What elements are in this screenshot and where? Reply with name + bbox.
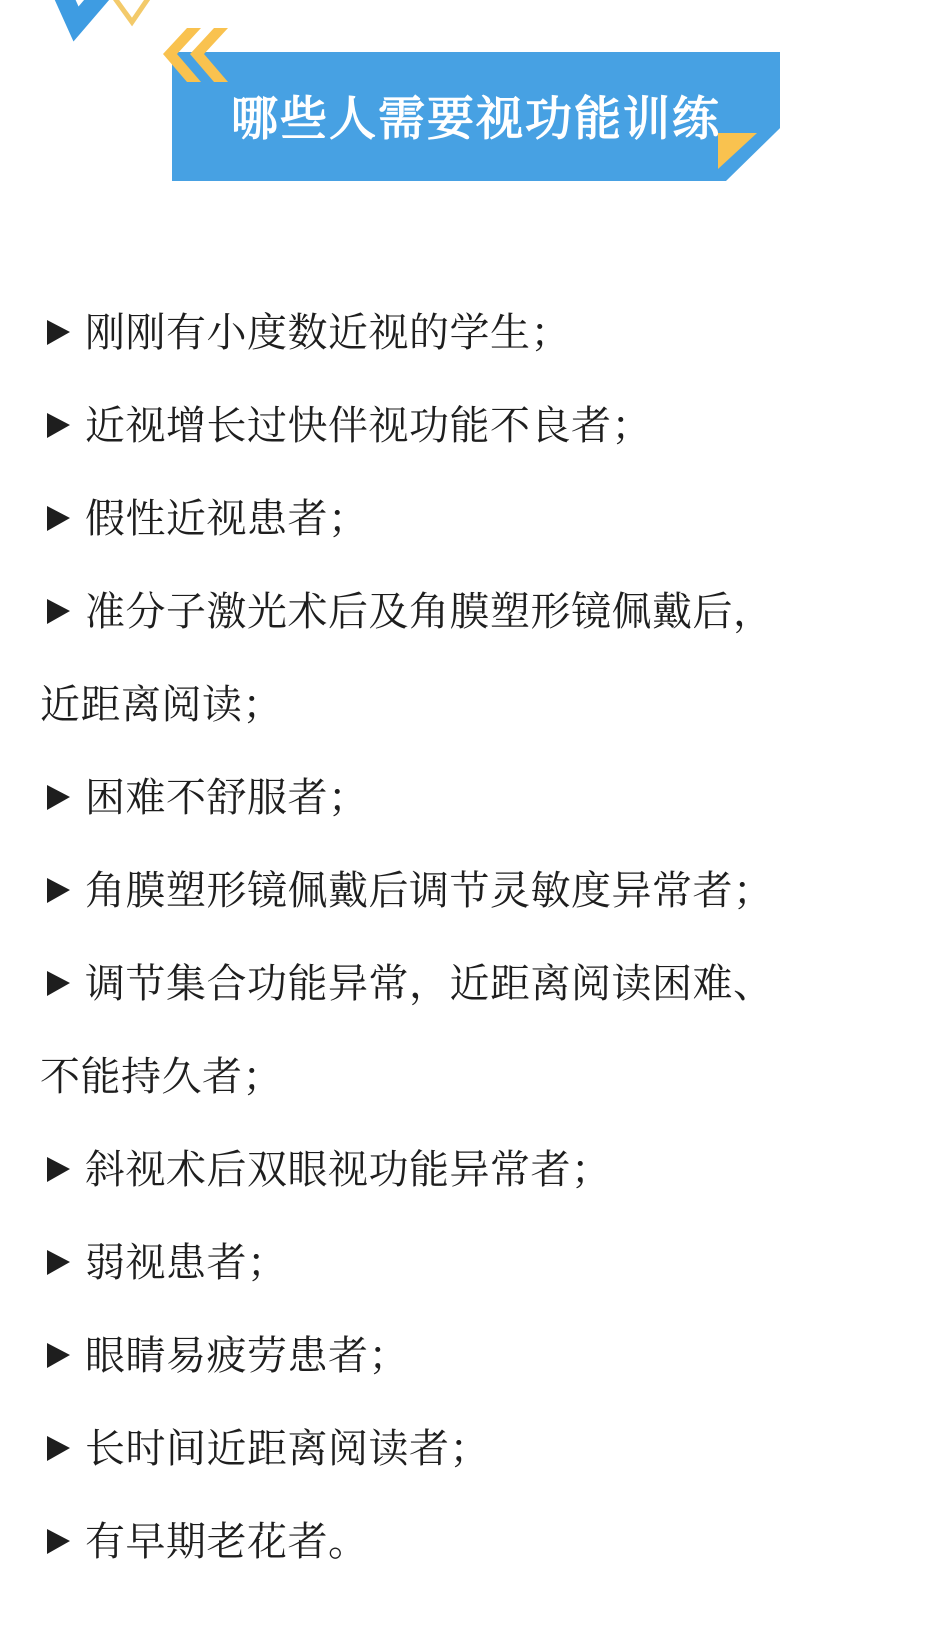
list-item: 眼睛易疲劳患者； bbox=[0, 1309, 946, 1402]
title-banner: 哪些人需要视功能训练 bbox=[172, 52, 780, 181]
list-item: 准分子激光术后及角膜塑形镜佩戴后， bbox=[0, 565, 946, 658]
list-item-text: 眼睛易疲劳患者； bbox=[85, 1336, 409, 1376]
list-item-text: 角膜塑形镜佩戴后调节灵敏度异常者； bbox=[85, 871, 774, 911]
list-item-text: 假性近视患者； bbox=[85, 499, 369, 539]
list-item: 有早期老花者。 bbox=[0, 1495, 946, 1588]
triangle-bullet-icon bbox=[47, 320, 70, 345]
poster-page: 哪些人需要视功能训练 刚刚有小度数近视的学生； 近视增长过快伴视功能不良者； 假… bbox=[0, 0, 946, 1635]
list-item: 斜视术后双眼视功能异常者； bbox=[0, 1123, 946, 1216]
list-item: 刚刚有小度数近视的学生； bbox=[0, 286, 946, 379]
list-item-text: 调节集合功能异常，近距离阅读困难、 bbox=[85, 964, 774, 1004]
list-item-text: 困难不舒服者； bbox=[85, 778, 369, 818]
triangle-bullet-icon bbox=[47, 1436, 70, 1461]
double-chevron-quote-icon bbox=[163, 28, 229, 82]
list-item-text: 刚刚有小度数近视的学生； bbox=[85, 313, 571, 353]
list-item: 调节集合功能异常，近距离阅读困难、 bbox=[0, 937, 946, 1030]
list-item-text: 斜视术后双眼视功能异常者； bbox=[85, 1150, 612, 1190]
list-item: 假性近视患者； bbox=[0, 472, 946, 565]
list-item-continuation: 不能持久者； bbox=[0, 1030, 946, 1123]
list-item: 困难不舒服者； bbox=[0, 751, 946, 844]
triangle-bullet-icon bbox=[47, 1157, 70, 1182]
blue-v-stroke bbox=[58, 0, 112, 24]
list-item: 近视增长过快伴视功能不良者； bbox=[0, 379, 946, 472]
triangle-bullet-icon bbox=[47, 785, 70, 810]
list-item: 弱视患者； bbox=[0, 1216, 946, 1309]
triangle-bullet-icon bbox=[47, 506, 70, 531]
list-item-text: 有早期老花者。 bbox=[85, 1522, 369, 1562]
page-title: 哪些人需要视功能训练 bbox=[231, 82, 721, 149]
list-item: 长时间近距离阅读者； bbox=[0, 1402, 946, 1495]
list-item-text: 长时间近距离阅读者； bbox=[85, 1429, 490, 1469]
double-v-chevron-icon bbox=[18, 0, 168, 46]
triangle-bullet-icon bbox=[47, 1250, 70, 1275]
triangle-bullet-icon bbox=[47, 971, 70, 996]
list-item-text: 准分子激光术后及角膜塑形镜佩戴后， bbox=[85, 592, 774, 632]
triangle-bullet-icon bbox=[47, 1343, 70, 1368]
list-item-text: 近距离阅读； bbox=[40, 685, 283, 725]
list-item-text: 近视增长过快伴视功能不良者； bbox=[85, 406, 652, 446]
triangle-bullet-icon bbox=[47, 878, 70, 903]
list-item-text: 弱视患者； bbox=[85, 1243, 288, 1283]
triangle-bullet-icon bbox=[47, 1529, 70, 1554]
triangle-bullet-icon bbox=[47, 599, 70, 624]
triangle-bullet-icon bbox=[47, 413, 70, 438]
list-item: 角膜塑形镜佩戴后调节灵敏度异常者； bbox=[0, 844, 946, 937]
list-item-continuation: 近距离阅读； bbox=[0, 658, 946, 751]
bullet-list: 刚刚有小度数近视的学生； 近视增长过快伴视功能不良者； 假性近视患者； 准分子激… bbox=[0, 286, 946, 1588]
list-item-text: 不能持久者； bbox=[40, 1057, 283, 1097]
yellow-v-stroke bbox=[106, 0, 158, 22]
